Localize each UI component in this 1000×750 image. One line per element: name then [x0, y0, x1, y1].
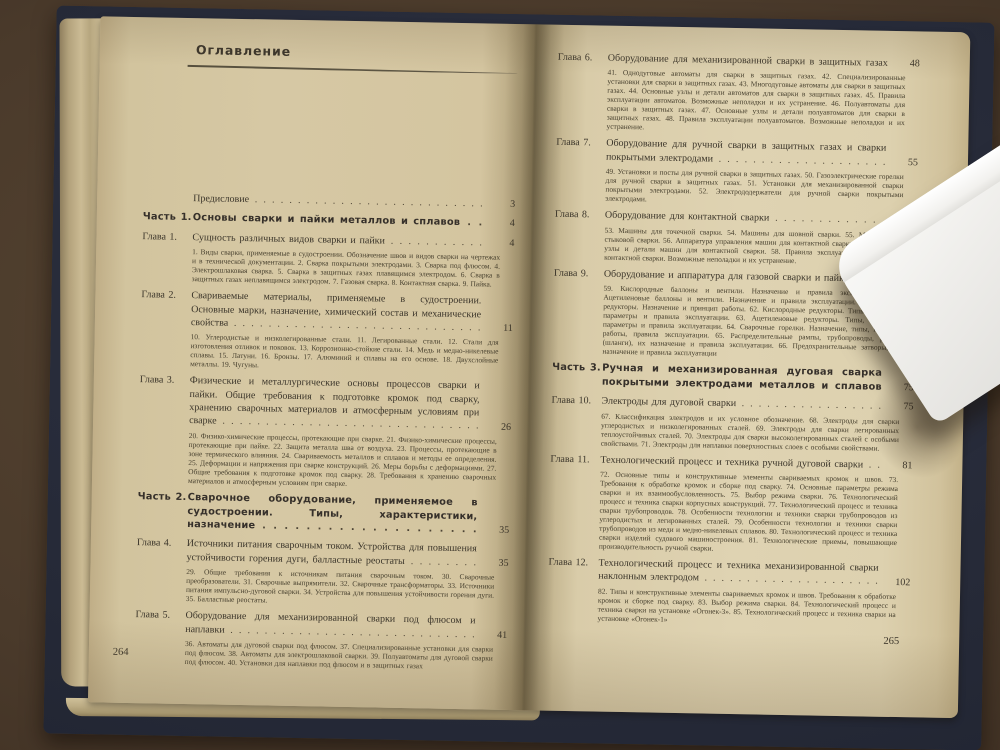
toc-entry-detail: 67. Классификация электродов и их условн… — [601, 411, 914, 453]
toc-entry-label: Глава 6. — [558, 51, 608, 65]
toc-entry: Глава 12.Технологический процесс и техни… — [547, 556, 910, 629]
toc-entry-detail: 49. Установки и посты для ручной сварки … — [605, 167, 918, 209]
toc-entry-dots: . . . . . . . . . . . . . . . . . . . . … — [193, 194, 483, 210]
toc-entry-label: Глава 10. — [551, 394, 601, 408]
toc-entry-dots: . . . . . . . . . . . . . . . . . . . . … — [193, 217, 483, 230]
toc-entry-page: 35 — [482, 556, 508, 570]
toc-entry-row: Глава 4.Источники питания сварочным токо… — [136, 536, 508, 570]
toc-entry-title: Физические и металлургические основы про… — [189, 374, 486, 433]
toc-entry-page: 3 — [489, 198, 515, 212]
toc-entry-title: Ручная и механизированная дуговая сварка… — [602, 362, 888, 394]
toc-entry-label: Глава 4. — [137, 536, 187, 550]
toc-entry-detail: 1. Виды сварки, применяемые в судостроен… — [192, 247, 515, 289]
toc-entry: Часть 1.Основы сварки и пайки металлов и… — [143, 211, 515, 231]
toc-entry-row: Глава 7.Оборудование для ручной сварки в… — [556, 136, 918, 170]
toc-entry-dots: . . . . . . . . . . . . . . . . . . . . … — [605, 213, 885, 227]
toc-entries-left: Предисловие . . . . . . . . . . . . . . … — [135, 191, 516, 672]
toc-entry-title: Свариваемые материалы, применяемые в суд… — [191, 289, 488, 334]
toc-entry-label — [143, 191, 193, 192]
toc-entry-dots: . . . . . . . . . . . . . . . . . . . . … — [189, 416, 479, 434]
toc-entry-title: Основы сварки и пайки металлов и сплавов… — [193, 211, 489, 229]
toc-entry-label: Часть 1. — [143, 211, 193, 225]
toc-entry: Глава 11.Технологический процесс и техни… — [549, 452, 913, 556]
toc-entry-row: Часть 3.Ручная и механизированная дугова… — [552, 361, 914, 395]
toc-entry-detail: 20. Физико-химические процессы, протекаю… — [188, 431, 511, 491]
toc-entry-page: 35 — [483, 523, 509, 537]
toc-entry: Глава 7.Оборудование для ручной сварки в… — [555, 136, 918, 209]
toc-entry-title: Источники питания сварочным током. Устро… — [186, 537, 482, 569]
toc-entry: Глава 1.Сущность различных видов сварки … — [142, 230, 515, 289]
toc-entry-page: 48 — [894, 57, 920, 71]
toc-entry-detail: 36. Автоматы для дуговой сварки под флюс… — [185, 639, 507, 672]
toc-entry-row: Глава 3.Физические и металлургические ос… — [139, 373, 512, 434]
toc-entry-label: Глава 5. — [135, 608, 185, 622]
toc-entry: Часть 3.Ручная и механизированная дугова… — [552, 361, 914, 395]
toc-entry-row: Часть 2.Сварочное оборудование, применяе… — [137, 490, 510, 537]
book: Оглавление Предисловие . . . . . . . . .… — [31, 0, 996, 750]
toc-entry-title: Сварочное оборудование, применяемое в су… — [187, 491, 484, 536]
toc-entry-label: Глава 12. — [548, 556, 598, 570]
toc-entry-label: Глава 8. — [555, 208, 605, 222]
toc-entry-row: Глава 2.Свариваемые материалы, применяем… — [141, 288, 514, 335]
toc-entry-title: Оборудование для контактной сварки . . .… — [605, 209, 891, 227]
toc-entry: Глава 3.Физические и металлургические ос… — [138, 373, 512, 491]
toc-entry-label: Глава 3. — [140, 373, 190, 387]
toc-entry: Глава 4.Источники питания сварочным токо… — [136, 536, 509, 609]
toc-entry-label: Глава 11. — [550, 452, 600, 466]
toc-entry-label: Глава 7. — [556, 136, 606, 150]
toc-entry-detail: 41. Однодуговые автоматы для сварки в за… — [606, 68, 919, 137]
toc-entry-row: Глава 12.Технологический процесс и техни… — [548, 556, 910, 590]
toc-entry-dots: . . . . . . . . . . . . . . . . . . . . … — [187, 520, 477, 536]
toc-entry-page: 102 — [884, 575, 910, 589]
toc-entry-detail: 82. Типы и конструктивные элементы свари… — [597, 587, 910, 629]
toc-entry-title: Технологический процесс и техника механи… — [598, 557, 884, 589]
spacer — [143, 67, 517, 198]
toc-entry-page: 55 — [892, 156, 918, 170]
right-page: Глава 6.Оборудование для механизированно… — [547, 51, 920, 648]
toc-entry-row: Глава 5.Оборудование для механизированно… — [135, 608, 507, 642]
toc-entry: Глава 10.Электроды для дуговой сварки . … — [551, 394, 914, 453]
left-page-number: 264 — [113, 647, 129, 658]
toc-entry-label: Глава 9. — [554, 267, 604, 281]
toc-entry-label: Глава 1. — [142, 230, 192, 244]
toc-entry-page: 75 — [887, 400, 913, 414]
toc-title: Оглавление — [196, 42, 518, 63]
toc-entry-page: 11 — [487, 321, 513, 335]
toc-entry: Глава 6.Оборудование для механизированно… — [556, 51, 919, 137]
toc-entry-title: Оборудование для механизированной сварки… — [185, 609, 481, 641]
toc-entry-label: Часть 3. — [552, 361, 602, 375]
toc-entry-page: 26 — [485, 420, 511, 434]
toc-entry-page: 41 — [481, 628, 507, 642]
toc-entry-detail: 29. Общие требования к источникам питани… — [186, 567, 509, 609]
toc-entry-row: Часть 1.Основы сварки и пайки металлов и… — [143, 211, 515, 231]
toc-entry-detail: 72. Основные типы и конструктивные элеме… — [599, 470, 912, 557]
toc-entry: Глава 5.Оборудование для механизированно… — [135, 608, 508, 672]
toc-entry-label: Часть 2. — [138, 490, 188, 504]
toc-entry-page: 4 — [489, 217, 515, 231]
right-page-number: 265 — [547, 630, 909, 648]
toc-entry-page: 81 — [886, 458, 912, 472]
toc-entry-title: Электроды для дуговой сварки . . . . . .… — [601, 395, 887, 413]
toc-entry-detail: 10. Углеродистые и низколегированные ста… — [190, 332, 513, 374]
toc-entry: Часть 2.Сварочное оборудование, применяе… — [137, 490, 510, 537]
toc-entry-title: Оборудование для ручной сварки в защитны… — [606, 137, 892, 169]
left-page: Оглавление Предисловие . . . . . . . . .… — [135, 41, 518, 678]
toc-entry-title: Технологический процесс и техника ручной… — [600, 453, 886, 471]
toc-entry: Глава 2.Свариваемые материалы, применяем… — [140, 288, 513, 374]
toc-entry-label: Глава 2. — [141, 288, 191, 302]
toc-entry-title: Оборудование для механизированной сварки… — [608, 52, 894, 70]
toc-entry-page: 4 — [488, 236, 514, 250]
toc-entries-right: Глава 6.Оборудование для механизированно… — [547, 51, 919, 629]
toc-entry-dots: . . . . . . . . . . . . . . . . . . . . … — [601, 398, 881, 413]
toc-entry-dots: . . . . . . . . . . . . . . . . . . . . … — [602, 390, 882, 394]
toc-entry-title: Сущность различных видов сварки и пайки … — [192, 231, 488, 249]
open-pages: Оглавление Предисловие . . . . . . . . .… — [88, 16, 970, 718]
